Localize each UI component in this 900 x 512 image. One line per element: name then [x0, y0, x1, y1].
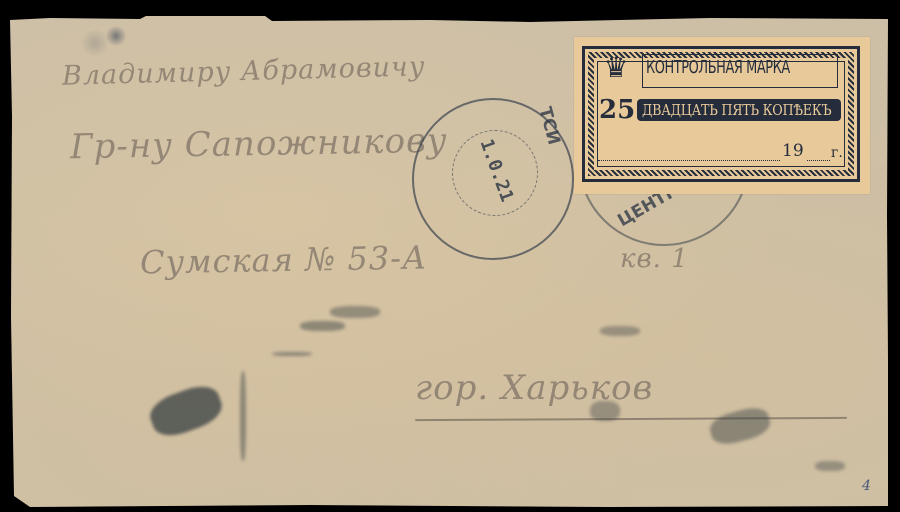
corner-pencil-mark: 4 [862, 478, 871, 494]
cancel-smudge [707, 404, 773, 449]
cancel-smudge [145, 380, 226, 442]
cancel-smudge [590, 401, 620, 421]
address-line-street: Сумская № 53-А [140, 238, 428, 281]
cancel-smudge [240, 371, 246, 461]
city-underline [415, 417, 847, 421]
cancel-smudge [300, 321, 345, 331]
address-line-apartment: кв. 1 [620, 244, 689, 274]
stamp-year-suffix: г. [830, 145, 844, 161]
ink-stain [80, 30, 110, 56]
cancel-smudge [600, 326, 640, 336]
address-line-recipient-name: Владимиру Абрамовичу [62, 51, 426, 92]
cancel-smudge [272, 352, 312, 356]
stamp-title: КОНТРОЛЬНАЯ МАРКА [646, 58, 802, 78]
cancel-smudge [815, 461, 845, 471]
cancel-smudge [330, 306, 380, 318]
address-line-recipient-surname: Гр-ну Сапожникову [70, 121, 448, 168]
stamp-value: 25 [599, 95, 635, 125]
double-headed-eagle-icon: ♛ [599, 51, 633, 91]
stamp-year-prefix: 19 [780, 141, 806, 161]
address-line-city: гор. Харьков [415, 368, 653, 408]
stamp-value-text: ДВАДЦАТЬ ПЯТЬ КОПѢЕКЪ [642, 101, 831, 119]
control-stamp: ♛ КОНТРОЛЬНАЯ МАРКА 25 ДВАДЦАТЬ ПЯТЬ КОП… [574, 37, 870, 194]
